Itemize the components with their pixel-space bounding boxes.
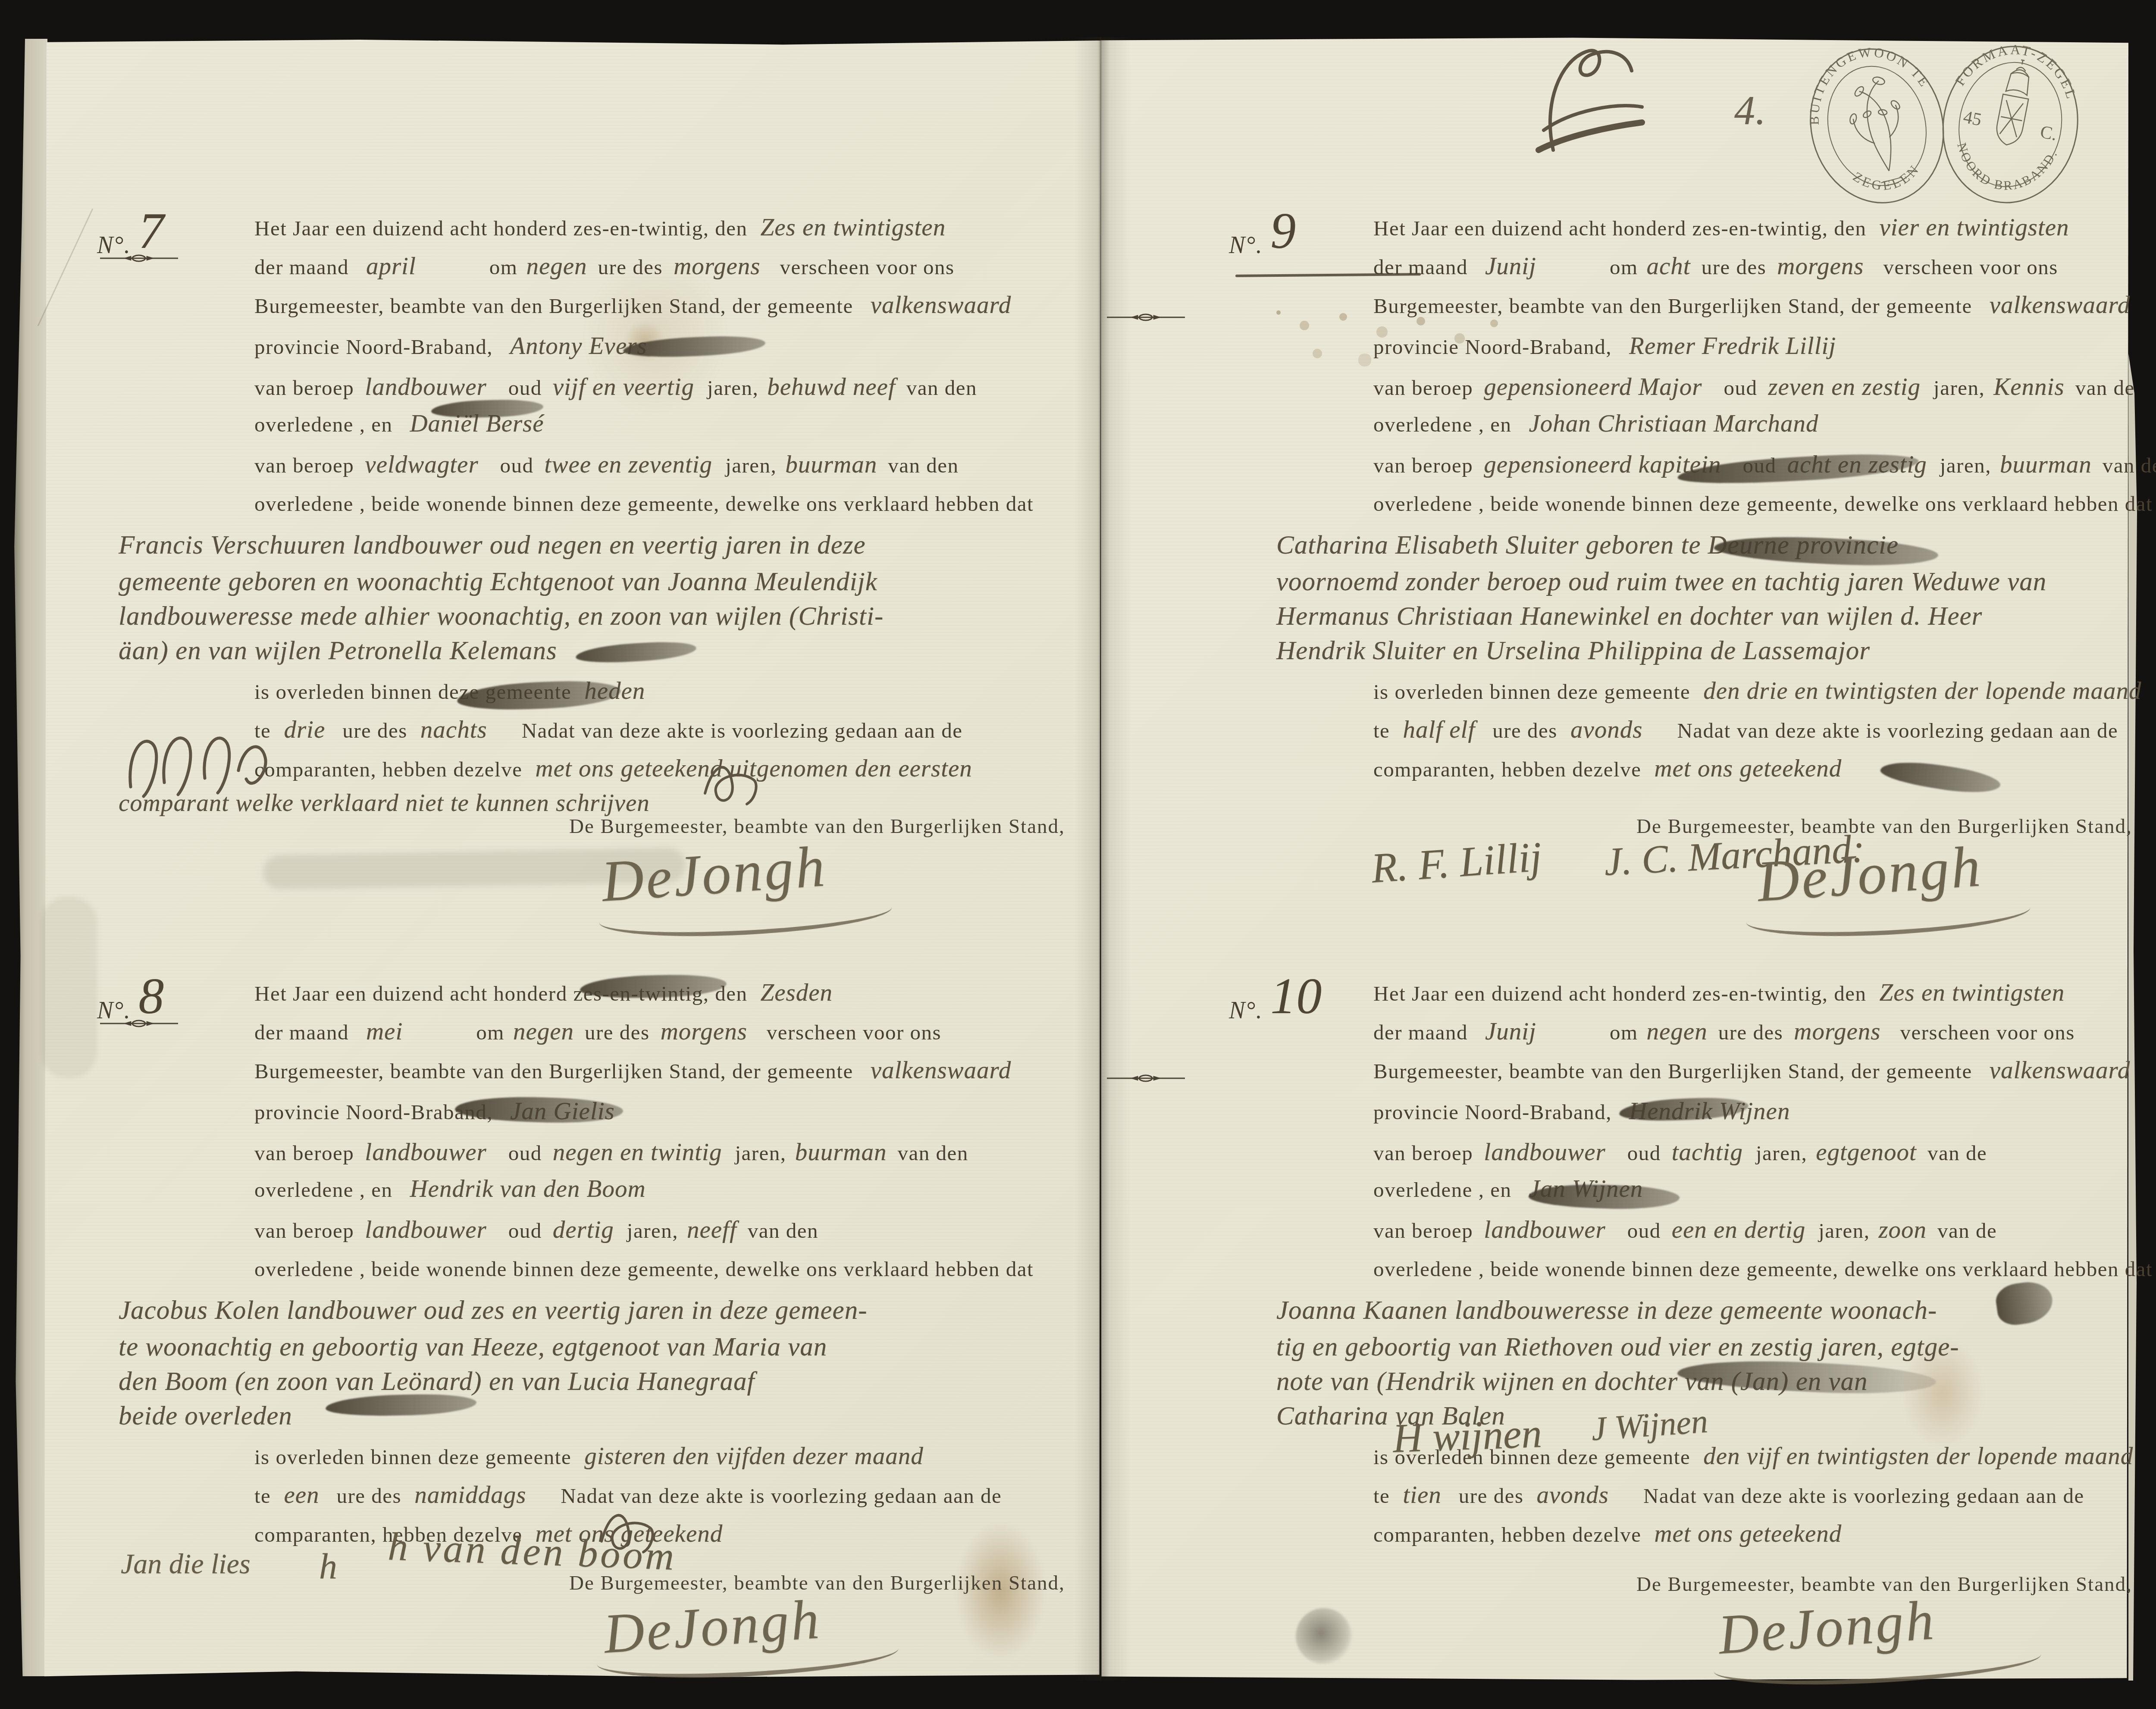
hw-gemeente: valkenswaard — [871, 1057, 1012, 1084]
printed-provincie: provincie Noord-Braband, — [1373, 1100, 1612, 1124]
line-declarant1-details: van beroeplandbouweroudvijf en veertigja… — [254, 373, 977, 401]
printed-ure-des: ure des — [1718, 1020, 1783, 1044]
printed-jaren: jaren, — [1940, 454, 1991, 477]
hw-declarant2-relation: zoon — [1878, 1216, 1927, 1243]
hw-death-hour: tien — [1403, 1481, 1441, 1509]
line-year: Het Jaar een duizend acht honderd zes-en… — [254, 979, 833, 1007]
line-declarant1-name: provincie Noord-Braband,Remer Fredrik Li… — [1373, 332, 1836, 360]
printed-om: om — [476, 1020, 505, 1044]
hw-closing1: met ons geteekend — [1654, 1520, 1842, 1547]
no-label: N°. — [1229, 232, 1263, 259]
line-beide-wonende: overledene , beide wonende binnen deze g… — [1373, 1257, 2153, 1281]
line-gemeente: Burgemeester, beambte van den Burgerlijk… — [1373, 291, 2130, 319]
hw-day: vier en twintigsten — [1879, 214, 2069, 241]
hw-day: Zes en twintigsten — [1879, 979, 2065, 1006]
hw-daypart: morgens — [674, 253, 760, 280]
hw-text: Jacobus Kolen landbouwer oud zes en veer… — [119, 1296, 867, 1325]
line-death-hour: tehalf elfure desavondsNadat van deze ak… — [1373, 716, 2118, 744]
hw-death-hour: een — [284, 1481, 319, 1509]
printed-nadat: Nadat van deze akte is voorlezing gedaan… — [1643, 1484, 2084, 1508]
record-number: N°.10 — [1229, 972, 1322, 1031]
printed-is-overleden: is overleden binnen deze gemeente — [1373, 680, 1690, 704]
printed-beide-wonende: overledene , beide wonende binnen deze g… — [254, 492, 1034, 516]
line-declarant2-name: overledene , enHendrik van den Boom — [254, 1175, 646, 1203]
hw-declarant2-relation: buurman — [2000, 451, 2092, 478]
hw-death-daypart: avonds — [1570, 716, 1642, 743]
hw-text: Hendrik Sluiter en Urselina Philippina d… — [1276, 636, 1870, 665]
hw-declarant2-occupation: landbouwer — [1484, 1216, 1605, 1243]
hw-deceased-line2: tig en geboortig van Riethoven oud vier … — [1276, 1332, 1959, 1362]
line-gemeente: Burgemeester, beambte van den Burgerlijk… — [254, 291, 1011, 319]
line-month-hour: der maandJunijomachture desmorgensversch… — [1373, 252, 2058, 280]
notary-paraph — [1535, 34, 1651, 164]
hw-death-hour: half elf — [1403, 716, 1475, 743]
page-deckle-edge — [13, 39, 47, 1676]
printed-verscheen: verscheen voor ons — [767, 1020, 941, 1044]
hw-declarant1-occupation: landbouwer — [1484, 1139, 1605, 1166]
line-declarant1-name: provincie Noord-Braband,Antony Evers — [254, 332, 647, 360]
hw-death-daypart: namiddags — [414, 1481, 526, 1509]
printed-nadat: Nadat van deze akte is voorlezing gedaan… — [522, 719, 963, 742]
hw-closing1: met ons geteekend — [1654, 755, 1842, 782]
paraph-flourish — [699, 744, 763, 813]
hw-death-daypart: avonds — [1537, 1481, 1609, 1509]
printed-vanden: van den — [888, 454, 959, 477]
hw-death-when: den vijf en twintigsten der lopende maan… — [1703, 1443, 2133, 1470]
hw-declarant2-occupation: veldwagter — [365, 451, 478, 478]
printed-der-maand: der maand — [1373, 1020, 1468, 1044]
stamp-value-c: C. — [2039, 122, 2059, 145]
hw-declarant1-relation: buurman — [795, 1139, 887, 1166]
hw-gemeente: valkenswaard — [871, 291, 1012, 319]
hw-daypart: morgens — [1794, 1018, 1880, 1045]
hw-daypart: morgens — [1777, 253, 1864, 280]
printed-ure-des: ure des — [598, 255, 663, 279]
printed-provincie: provincie Noord-Braband, — [254, 335, 493, 359]
hw-declarant2-age: dertig — [553, 1216, 614, 1243]
record-number: N°.9 — [1229, 207, 1296, 266]
hw-text: te woonachtig en geboortig van Heeze, eg… — [119, 1333, 827, 1362]
hw-declarant2-relation: neeff — [687, 1216, 737, 1243]
printed-vande: van de — [2103, 454, 2156, 477]
register-page-left — [42, 40, 1100, 1678]
record-number-value: 8 — [138, 968, 164, 1024]
hw-text: Hermanus Christiaan Hanewinkel en dochte… — [1276, 602, 1982, 631]
hw-deceased-line1: Joanna Kaanen landbouweresse in deze gem… — [1276, 1296, 1937, 1326]
page-stack-edge — [2128, 354, 2137, 1681]
printed-oud: oud — [1627, 1219, 1661, 1243]
printed-jaren: jaren, — [735, 1141, 786, 1165]
printed-van-beroep: van beroep — [1373, 376, 1473, 400]
hw-declarant1-occupation: landbouwer — [365, 373, 486, 401]
hw-daypart: morgens — [661, 1018, 747, 1045]
hw-text: landbouweresse mede alhier woonachtig, e… — [119, 602, 884, 631]
line-year: Het Jaar een duizend acht honderd zes-en… — [1373, 213, 2069, 241]
hw-gemeente: valkenswaard — [1990, 291, 2131, 319]
hw-text: Francis Verschuuren landbouwer oud negen… — [119, 531, 866, 560]
hw-deceased-line2: gemeente geboren en woonachtig Echtgenoo… — [119, 567, 877, 597]
hw-text: äan) en van wijlen Petronella Kelemans — [119, 636, 557, 665]
hw-day: Zes en twintigsten — [760, 214, 946, 241]
printed-jaren: jaren, — [707, 376, 758, 400]
printed-van-beroep: van beroep — [1373, 1141, 1473, 1165]
line-beide-wonende: overledene , beide wonende binnen deze g… — [254, 491, 1034, 516]
hw-declarant1-age: vijf en veertig — [553, 373, 694, 401]
printed-ure-des: ure des — [342, 719, 407, 742]
hw-hour: negen — [526, 253, 587, 280]
line-closing: comparanten, hebben dezelvemet ons getee… — [1373, 754, 1842, 783]
hw-declarant2-name: Johan Christiaan Marchand — [1529, 410, 1818, 437]
hw-text: Joanna Kaanen landbouweresse in deze gem… — [1276, 1296, 1937, 1325]
hw-declarant2-age: een en dertig — [1672, 1216, 1806, 1243]
folio-number: 4. — [1734, 86, 1766, 134]
printed-vande: van de — [1937, 1219, 1997, 1243]
printed-oud: oud — [1627, 1141, 1661, 1165]
printed-ure-des: ure des — [585, 1020, 650, 1044]
hw-month: april — [366, 253, 416, 280]
printed-vanden: van den — [748, 1219, 818, 1243]
line-declarant2-details: van beroepveldwagteroudtwee en zeventigj… — [254, 451, 959, 479]
hw-text: voornoemd zonder beroep oud ruim twee en… — [1276, 567, 2046, 596]
hw-declarant1-occupation: landbouwer — [365, 1139, 486, 1166]
printed-van-beroep: van beroep — [1373, 1219, 1473, 1243]
printed-vande: van de — [2075, 376, 2135, 400]
printed-ure-des: ure des — [1492, 719, 1557, 742]
line-gemeente: Burgemeester, beambte van den Burgerlijk… — [1373, 1056, 2130, 1084]
printed-ure-des: ure des — [1702, 255, 1767, 279]
hw-deceased-line1: Jacobus Kolen landbouwer oud zes en veer… — [119, 1296, 867, 1326]
divider-ornament — [1106, 313, 1186, 322]
printed-vanden: van den — [897, 1141, 968, 1165]
hw-declarant2-relation: buurman — [785, 451, 877, 478]
printed-comparanten: comparanten, hebben dezelve — [1373, 757, 1641, 781]
scanned-register-spread: { "page": { "number": "4." }, "stamps": … — [0, 0, 2156, 1709]
hw-deceased-line3: Hermanus Christiaan Hanewinkel en dochte… — [1276, 601, 1982, 632]
record-number-value: 9 — [1270, 203, 1296, 259]
record-number-value: 10 — [1270, 968, 1322, 1024]
printed-beide-wonende: overledene , beide wonende binnen deze g… — [1373, 1257, 2153, 1281]
line-declarant2-details: van beroeplandbouwerouddertigjaren,neeff… — [254, 1216, 818, 1244]
printed-om: om — [1610, 255, 1638, 279]
svg-text:ZEGELEN: ZEGELEN — [1848, 153, 1926, 202]
hw-gemeente: valkenswaard — [1990, 1057, 2131, 1084]
printed-overledene-en: overledene , en — [1373, 1178, 1511, 1202]
hw-declarant1-relation: behuwd neef — [767, 373, 896, 401]
printed-oud: oud — [500, 454, 534, 477]
hw-text: gemeente geboren en woonachtig Echtgenoo… — [119, 567, 877, 596]
divider-ornament — [99, 254, 179, 263]
printed-beide-wonende: overledene , beide wonende binnen deze g… — [1373, 492, 2153, 516]
printed-jaren: jaren, — [1934, 376, 1985, 400]
printed-van-beroep: van beroep — [254, 1141, 354, 1165]
divider-ornament — [1106, 1074, 1186, 1083]
printed-year-text: Het Jaar een duizend acht honderd zes-en… — [254, 216, 747, 240]
fold-line — [1100, 37, 1101, 1681]
hw-hour: negen — [513, 1018, 574, 1045]
line-beide-wonende: overledene , beide wonende binnen deze g… — [254, 1257, 1034, 1281]
hw-deceased-line3: landbouweresse mede alhier woonachtig, e… — [119, 601, 884, 632]
printed-overledene-en: overledene , en — [254, 1178, 392, 1202]
line-gemeente: Burgemeester, beambte van den Burgerlijk… — [254, 1056, 1011, 1084]
printed-jaren: jaren, — [1756, 1141, 1807, 1165]
printed-vanden: van den — [906, 376, 977, 400]
hw-month: Junij — [1485, 1018, 1536, 1045]
hw-text: beide overleden — [119, 1402, 292, 1430]
hw-deceased-line2: voornoemd zonder beroep oud ruim twee en… — [1276, 567, 2046, 597]
hw-declarant1-relation: egtgenoot — [1816, 1139, 1917, 1166]
hw-declarant2-occupation: landbouwer — [365, 1216, 486, 1243]
printed-nadat: Nadat van deze akte is voorlezing gedaan… — [1677, 719, 2118, 742]
hw-declarant1-age: negen en twintig — [553, 1139, 722, 1166]
signature-declarant1: Jan die lies — [121, 1548, 251, 1581]
line-month-hour: der maandaprilomnegenure desmorgensversc… — [254, 252, 955, 280]
line-death-hour: tedrieure desnachtsNadat van deze akte i… — [254, 716, 963, 744]
hw-text: den Boom (en zoon van Leönard) en van Lu… — [119, 1367, 755, 1396]
line-declarant1-details: van beroeplandbouweroudnegen en twintigj… — [254, 1138, 968, 1166]
printed-verscheen: verscheen voor ons — [1883, 255, 2058, 279]
printed-year-text: Het Jaar een duizend acht honderd zes-en… — [1373, 216, 1866, 240]
printed-comparanten: comparanten, hebben dezelve — [254, 757, 522, 781]
printed-ure-des: ure des — [336, 1484, 401, 1508]
hw-declarant1-age: zeven en zestig — [1768, 373, 1921, 401]
hw-deceased-line4: äan) en van wijlen Petronella Kelemans — [119, 636, 557, 666]
printed-jaren: jaren, — [725, 454, 777, 477]
signature-initial: h — [319, 1546, 337, 1587]
printed-ure-des: ure des — [1459, 1484, 1524, 1508]
stamp-value-45: 45 — [1962, 107, 1983, 130]
hw-death-when: gisteren den vijfden dezer maand — [584, 1443, 924, 1470]
hw-declarant1-relation: Kennis — [1993, 373, 2064, 401]
hw-hour: acht — [1647, 253, 1691, 280]
line-closing: comparanten, hebben dezelvemet ons getee… — [1373, 1520, 1842, 1548]
hw-death-when: den drie en twintigsten der lopende maan… — [1703, 677, 2141, 704]
printed-burgemeester: Burgemeester, beambte van den Burgerlijk… — [254, 294, 853, 318]
burgemeester-closing-label: De Burgemeester, beambte van den Burgerl… — [1636, 815, 2093, 838]
printed-burgemeester: Burgemeester, beambte van den Burgerlijk… — [254, 1059, 853, 1083]
hw-declarant1-age: tachtig — [1672, 1139, 1743, 1166]
printed-overledene-en: overledene , en — [1373, 413, 1511, 436]
hw-deceased-line4: Hendrik Sluiter en Urselina Philippina d… — [1276, 636, 1870, 666]
no-label: N°. — [1229, 997, 1263, 1024]
hw-declarant1-occupation: gepensioneerd Major — [1484, 373, 1702, 401]
printed-verscheen: verscheen voor ons — [1900, 1020, 2075, 1044]
hw-month: Junij — [1485, 253, 1536, 280]
printed-jaren: jaren, — [627, 1219, 678, 1243]
line-beide-wonende: overledene , beide wonende binnen deze g… — [1373, 491, 2153, 516]
hw-deceased-line4: beide overleden — [119, 1401, 292, 1431]
stamp-crown-shield — [1994, 58, 2036, 147]
printed-provincie: provincie Noord-Braband, — [1373, 335, 1612, 359]
hw-declarant1-name: Antony Evers — [510, 332, 647, 360]
printed-oud: oud — [508, 376, 542, 400]
divider-ornament — [99, 1019, 179, 1028]
line-declarant2-details: van beroeplandbouweroudeen en dertigjare… — [1373, 1216, 1997, 1244]
signature-declarant2: J Wijnen — [1590, 1402, 1709, 1449]
line-year: Het Jaar een duizend acht honderd zes-en… — [254, 213, 946, 241]
line-death-hour: tetienure desavondsNadat van deze akte i… — [1373, 1481, 2084, 1509]
line-declarant1-details: van beroeplandbouweroudtachtigjaren,egtg… — [1373, 1138, 1987, 1166]
line-closing: comparanten, hebben dezelvemet ons getee… — [254, 754, 972, 783]
line-declarant2-name: overledene , enJohan Christiaan Marchand — [1373, 410, 1818, 438]
hw-declarant1-name: Remer Fredrik Lillij — [1629, 332, 1836, 360]
printed-burgemeester: Burgemeester, beambte van den Burgerlijk… — [1373, 294, 1972, 318]
line-year: Het Jaar een duizend acht honderd zes-en… — [1373, 979, 2065, 1007]
printed-te: te — [254, 1484, 271, 1508]
printed-oud: oud — [508, 1219, 542, 1243]
printed-om: om — [1610, 1020, 1638, 1044]
printed-is-overleden: is overleden binnen deze gemeente — [254, 1445, 571, 1469]
printed-van-beroep: van beroep — [254, 454, 354, 477]
printed-der-maand: der maand — [254, 255, 349, 279]
hw-deceased-line3: den Boom (en zoon van Leönard) en van Lu… — [119, 1367, 755, 1397]
printed-van-beroep: van beroep — [254, 376, 354, 400]
line-death-date: is overleden binnen deze gemeentegistere… — [254, 1442, 924, 1470]
signature-declarant1: H wijnen — [1392, 1409, 1542, 1462]
hw-day: Zesden — [760, 979, 832, 1006]
printed-jaren: jaren, — [1818, 1219, 1870, 1243]
hw-text: tig en geboortig van Riethoven oud vier … — [1276, 1333, 1959, 1362]
hw-death-daypart: nachts — [420, 716, 487, 743]
line-declarant1-details: van beroepgepensioneerd Majoroudzeven en… — [1373, 373, 2135, 401]
line-month-hour: der maandmeiomnegenure desmorgensversche… — [254, 1017, 941, 1045]
line-death-date: is overleden binnen deze gemeenteden dri… — [1373, 677, 2141, 705]
printed-overledene-en: overledene , en — [254, 413, 392, 436]
printed-beide-wonende: overledene , beide wonende binnen deze g… — [254, 1257, 1034, 1281]
printed-oud: oud — [508, 1141, 542, 1165]
line-month-hour: der maandJunijomnegenure desmorgensversc… — [1373, 1017, 2075, 1045]
hw-declarant2-age: twee en zeventig — [545, 451, 713, 478]
printed-vande: van de — [1927, 1141, 1987, 1165]
printed-te: te — [1373, 1484, 1390, 1508]
printed-year-text: Het Jaar een duizend acht honderd zes-en… — [1373, 982, 1866, 1005]
hw-hour: negen — [1647, 1018, 1708, 1045]
printed-om: om — [489, 255, 518, 279]
printed-burgemeester: Burgemeester, beambte van den Burgerlijk… — [1373, 1059, 1972, 1083]
hw-deceased-line1: Francis Verschuuren landbouwer oud negen… — [119, 530, 866, 560]
hw-month: mei — [366, 1018, 403, 1045]
printed-oud: oud — [1724, 376, 1757, 400]
record-number-value: 7 — [138, 203, 164, 259]
hw-deceased-line2: te woonachtig en geboortig van Heeze, eg… — [119, 1332, 827, 1362]
printed-van-beroep: van beroep — [254, 1219, 354, 1243]
illegible-signature-mark — [123, 718, 287, 811]
printed-te: te — [1373, 719, 1390, 742]
printed-van-beroep: van beroep — [1373, 454, 1473, 477]
printed-der-maand: der maand — [254, 1020, 349, 1044]
stamp-arc-text: ZEGELEN — [1848, 153, 1926, 202]
printed-der-maand: der maand — [1373, 255, 1468, 279]
printed-comparanten: comparanten, hebben dezelve — [1373, 1523, 1641, 1546]
printed-verscheen: verscheen voor ons — [780, 255, 954, 279]
hw-death-hour: drie — [284, 716, 325, 743]
hw-declarant2-name: Hendrik van den Boom — [410, 1175, 646, 1202]
